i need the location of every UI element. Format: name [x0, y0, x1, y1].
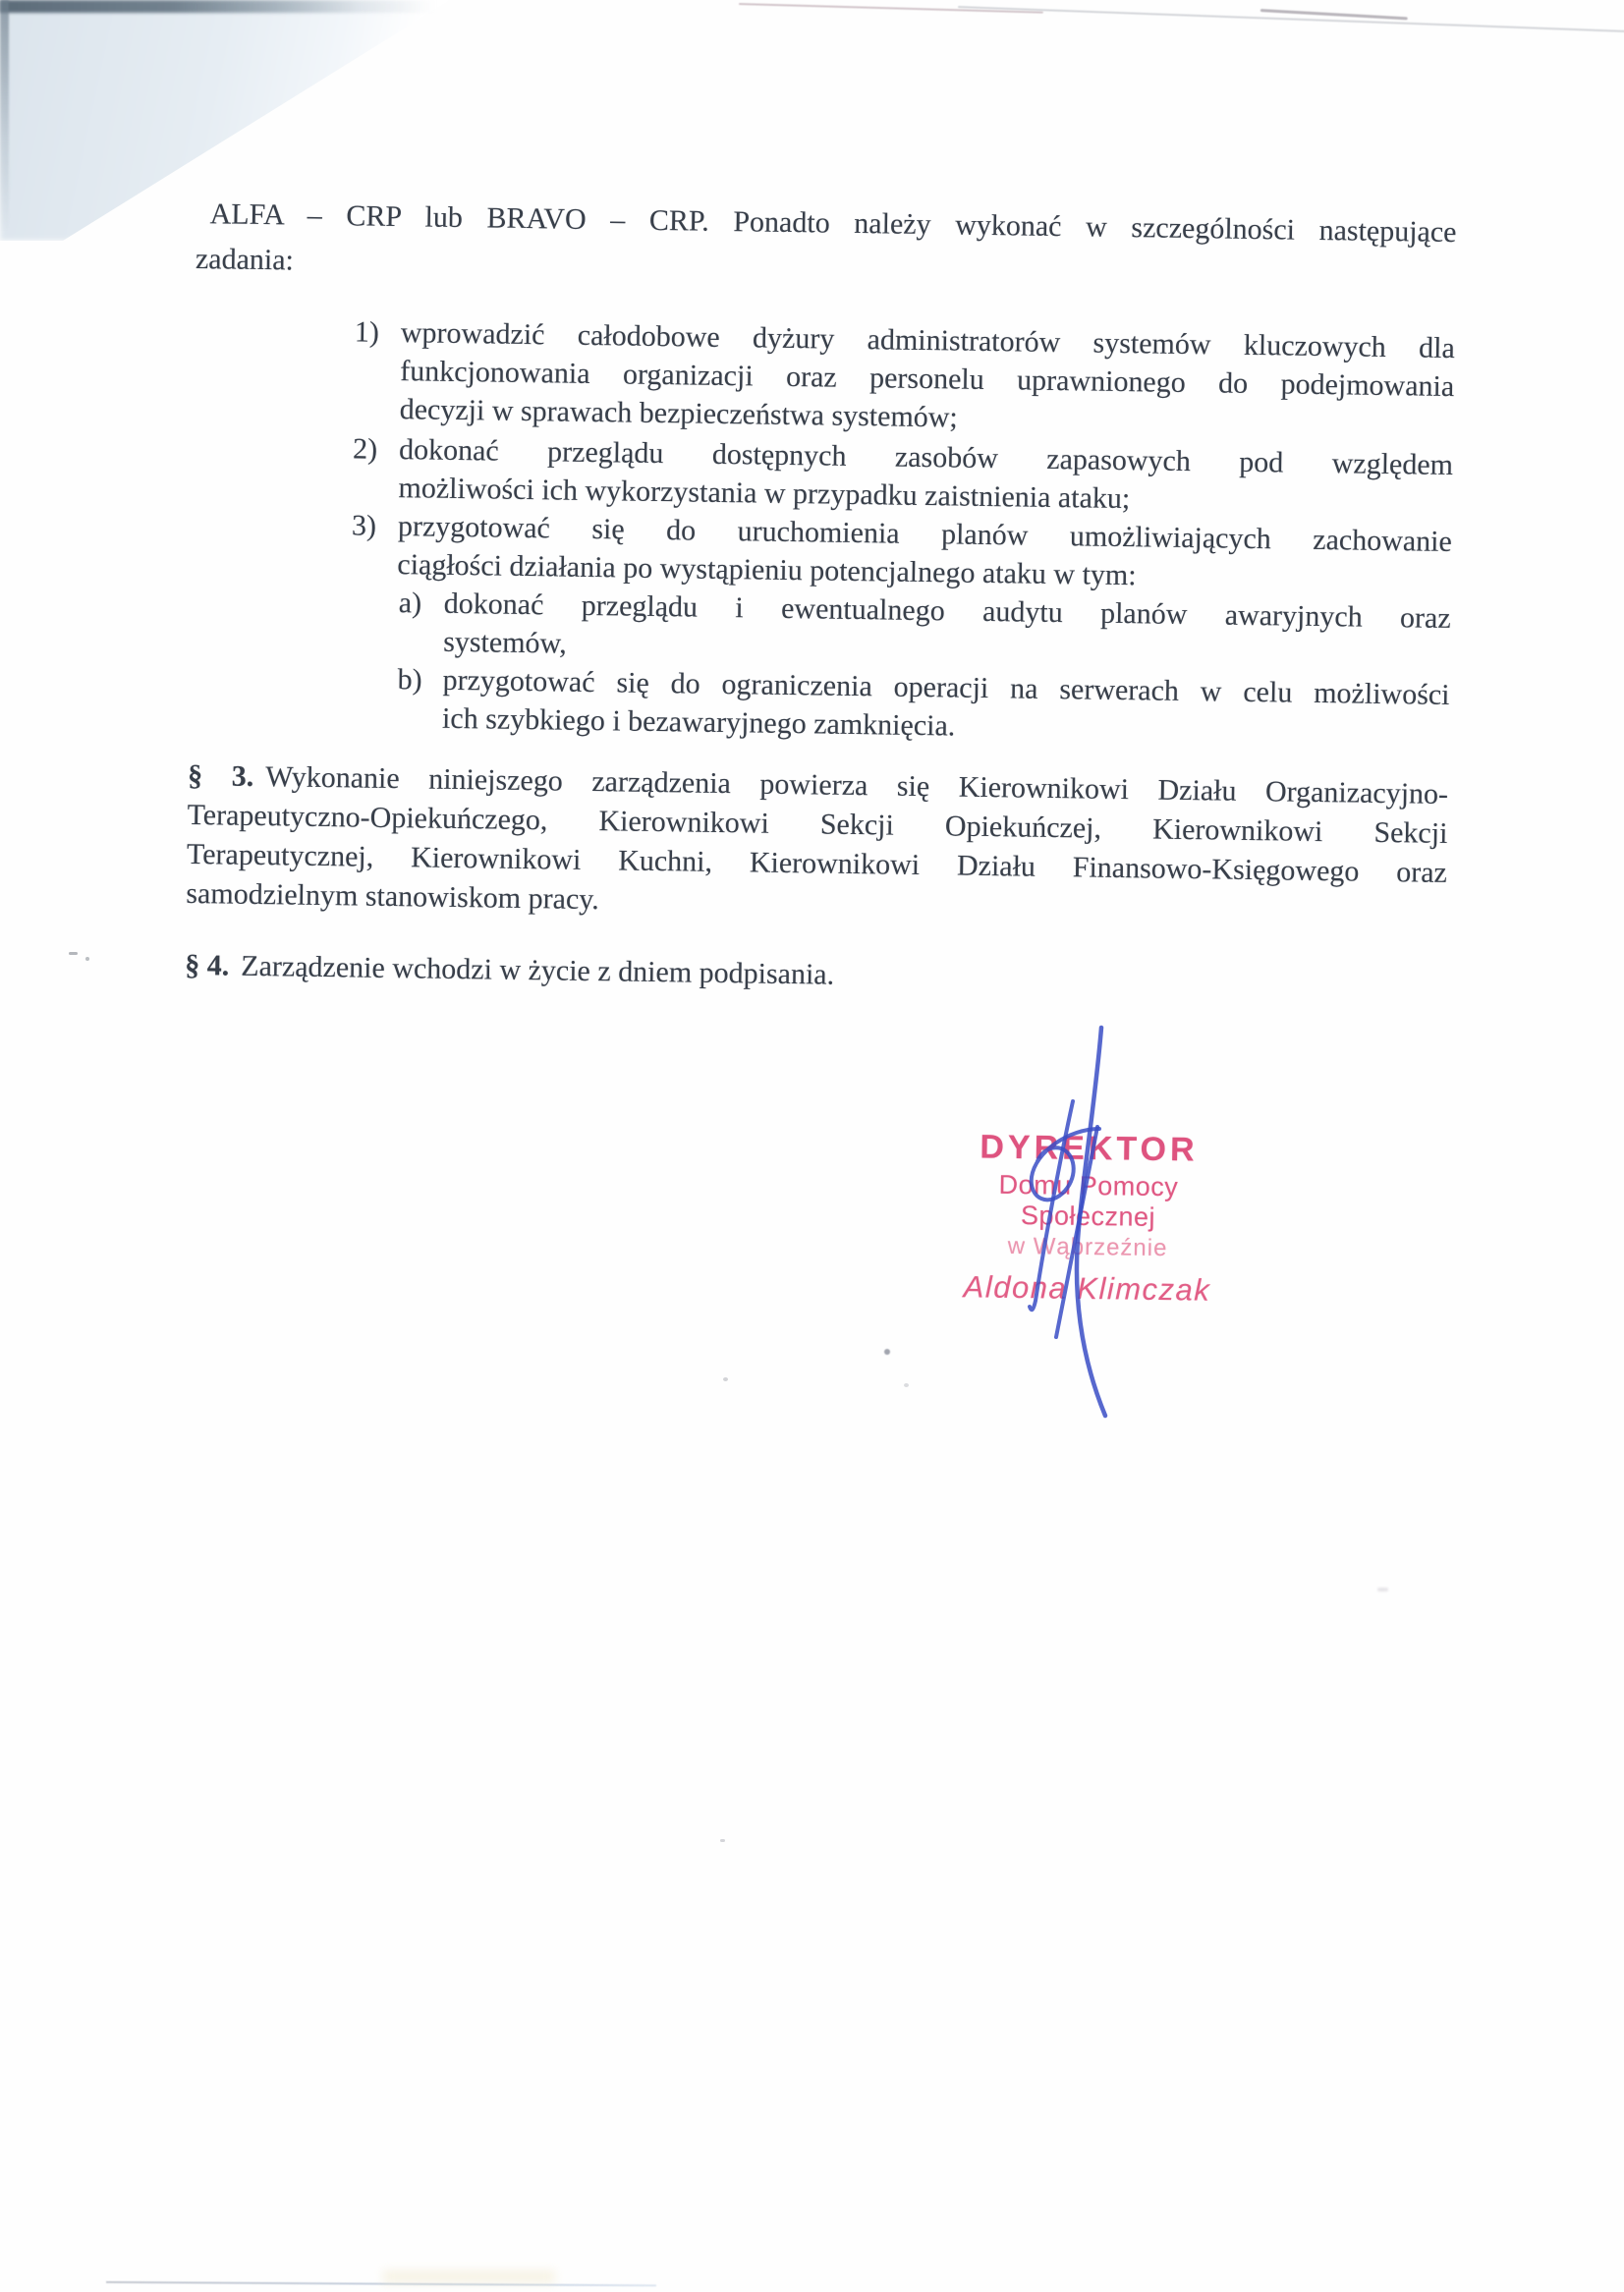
scan-speck: [884, 1349, 890, 1355]
list-item-3a: a) dokonać przeglądu i ewentualnego audy…: [443, 585, 1451, 676]
section-marker: § 3.: [188, 759, 254, 793]
intro-paragraph: ALFA – CRP lub BRAVO – CRP. Ponadto nale…: [196, 192, 1457, 301]
scan-speck: [904, 1383, 909, 1387]
scan-speck: [85, 957, 89, 961]
section-marker: § 4.: [185, 949, 229, 982]
list-item-marker: a): [399, 584, 422, 622]
scan-speck: [1377, 1588, 1388, 1592]
scanned-document-page: ALFA – CRP lub BRAVO – CRP. Ponadto nale…: [0, 0, 1624, 2292]
list-item-1: 1) wprowadzić całodobowe dyżury administ…: [399, 313, 1455, 444]
handwritten-signature: [1002, 1012, 1130, 1434]
scan-hairline: [958, 6, 1624, 32]
scan-bottom-line: [106, 2281, 656, 2286]
list-item-marker: 1): [355, 312, 380, 351]
document-body: ALFA – CRP lub BRAVO – CRP. Ponadto nale…: [185, 192, 1457, 1003]
list-item-marker: 3): [352, 506, 377, 544]
list-item-3b: b) przygotować się do ograniczenia opera…: [442, 661, 1450, 753]
scan-hairline: [1260, 9, 1408, 20]
scan-left-edge-shadow: [0, 0, 9, 231]
paragraph-text: Zarządzenie wchodzi w życie z dniem podp…: [241, 950, 834, 991]
list-item-marker: 2): [353, 429, 378, 468]
list-item-marker: b): [397, 660, 422, 699]
scan-speck: [723, 1377, 728, 1381]
paragraph-3: § 3.Wykonanie niniejszego zarządzenia po…: [186, 756, 1448, 932]
scan-hairline: [739, 3, 1043, 14]
scan-bottom-smudge: [383, 2270, 555, 2283]
scan-speck: [69, 952, 78, 955]
scan-top-edge-shadow: [0, 0, 437, 13]
scan-speck: [720, 1839, 725, 1842]
paragraph-line: § 4.Zarządzenie wchodzi w życie z dniem …: [185, 946, 1445, 1003]
paragraph-4: § 4.Zarządzenie wchodzi w życie z dniem …: [185, 946, 1445, 1003]
